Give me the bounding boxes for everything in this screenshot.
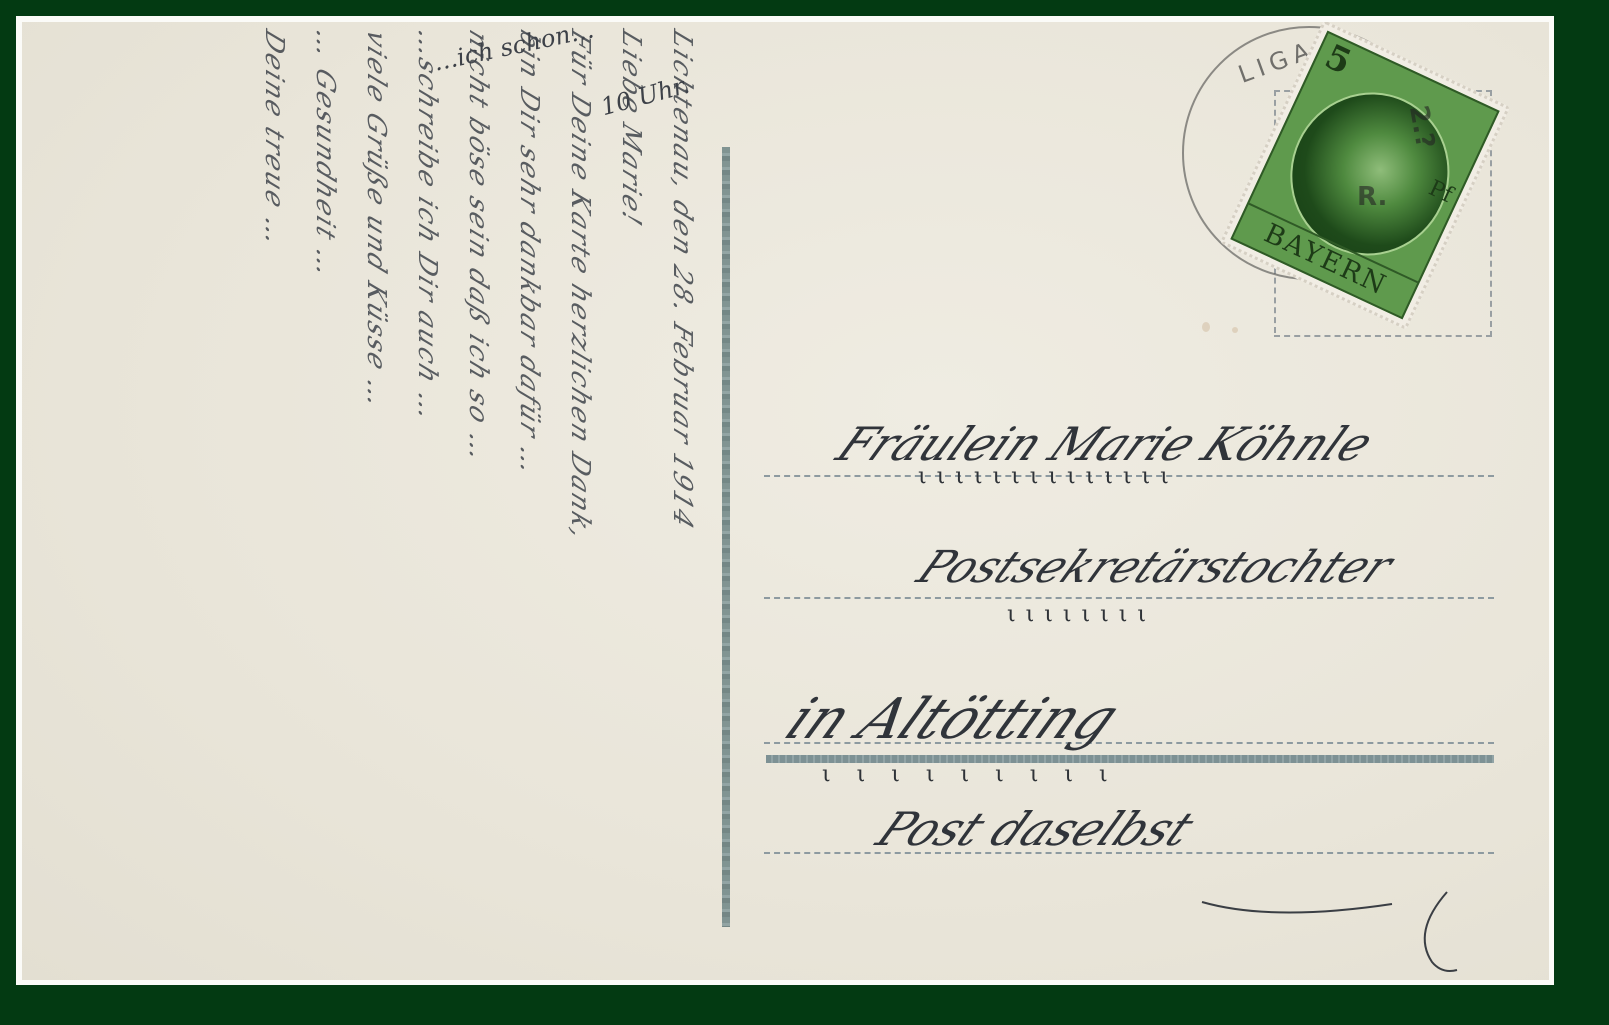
foxing-spot: [1202, 322, 1210, 332]
message-line: Für Deine Karte herzlichen Dank,: [554, 22, 605, 980]
message-line: nicht böse sein daß ich so …: [452, 22, 503, 980]
message-line: … Gesundheit …: [299, 22, 350, 980]
message-line: Deine treue …: [248, 22, 299, 980]
address-underline-flourish: ιιιιιιιιιιιιιι: [918, 464, 1179, 489]
message-line: bin Dir sehr dankbar dafür …: [503, 22, 554, 980]
message-area: …ich schon… 10 Uhr. Lichtenau, den 28. F…: [32, 22, 722, 980]
message-line: Lichtenau, den 28. Februar 1914: [656, 22, 707, 980]
message-line: Liebe Marie!: [605, 22, 656, 980]
foxing-spot: [1232, 327, 1238, 333]
address-underline-flourish: ιιιιιιιι: [1007, 602, 1156, 627]
address-city: in Altötting: [775, 687, 1131, 752]
vertical-divider: [722, 147, 730, 927]
address-recipient: Fräulein Marie Köhnle: [828, 417, 1384, 471]
address-line-2-text: Postsekretärstochter: [908, 542, 1401, 593]
stamp-value: 5: [1319, 37, 1357, 83]
message-line: …schreibe ich Dir auch …: [401, 22, 452, 980]
flourish-icon: [1192, 882, 1492, 980]
address-underline-flourish: ιιιιιιιιι: [822, 762, 1134, 787]
message-line: viele Grüße und Küsse …: [350, 22, 401, 980]
address-post-line: Post daselbst: [868, 802, 1204, 856]
address-line-2: [764, 597, 1494, 599]
postcard-back: …ich schon… 10 Uhr. Lichtenau, den 28. F…: [22, 22, 1549, 980]
message-text: Lichtenau, den 28. Februar 1914 Liebe Ma…: [47, 31, 707, 971]
postmark-letter: R.: [1357, 182, 1387, 212]
